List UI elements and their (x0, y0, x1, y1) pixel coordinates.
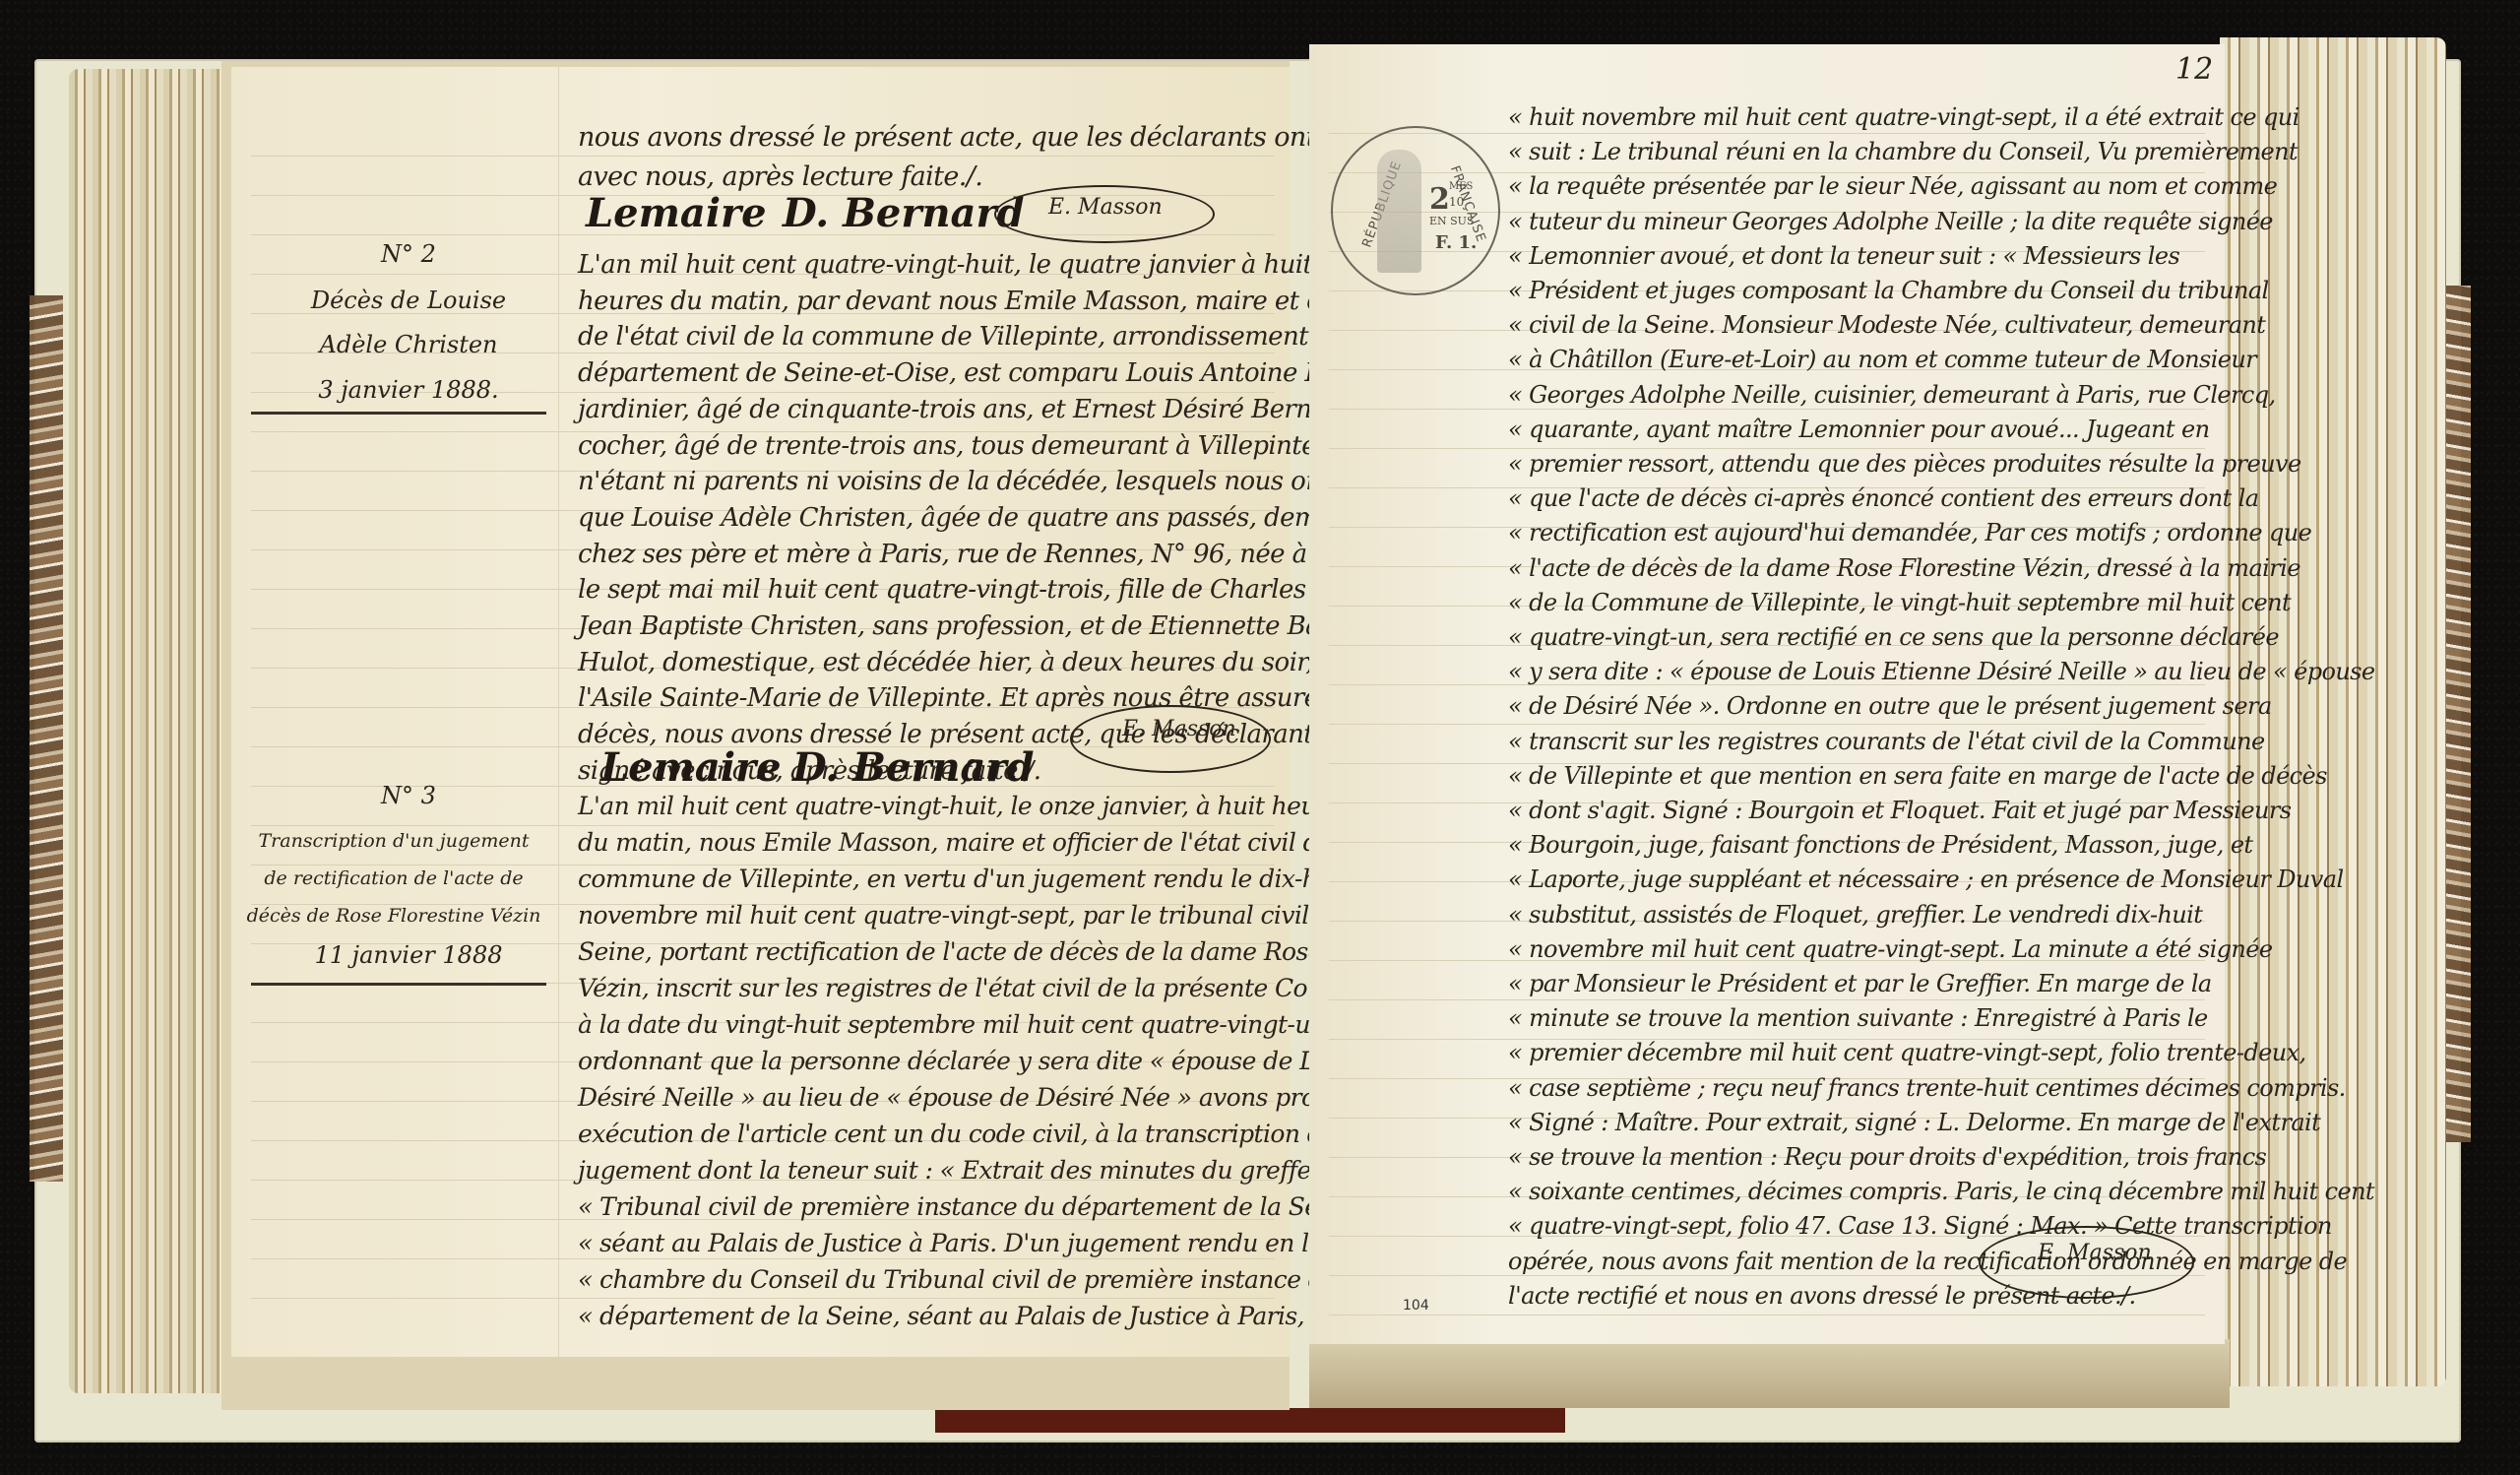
text-line: « Signé : Maître. Pour extrait, signé : … (1508, 1111, 2320, 1134)
text-line: commune de Villepinte, en vertu d'un jug… (578, 866, 1350, 891)
stamp-value-sub: EN SUS (1429, 215, 1475, 227)
folio-number: 12 (2175, 52, 2213, 87)
entry-separator (251, 983, 546, 986)
text-line: avec nous, après lecture faite./. (578, 163, 982, 190)
text-line: « civil de la Seine. Monsieur Modeste Né… (1508, 313, 2265, 337)
text-line: « premier décembre mil huit cent quatre-… (1508, 1041, 2306, 1064)
text-line: « à Châtillon (Eure-et-Loir) au nom et c… (1508, 348, 2256, 371)
page-edges-left (69, 69, 246, 1393)
text-line: opérée, nous avons fait mention de la re… (1508, 1250, 2347, 1273)
text-line: chez ses père et mère à Paris, rue de Re… (578, 542, 1433, 567)
signature-lemaire: Lemaire (586, 190, 767, 236)
text-line: « Georges Adolphe Neille, cuisinier, dem… (1508, 383, 2276, 407)
text-line: « chambre du Conseil du Tribunal civil d… (578, 1267, 1339, 1292)
spine-binding (935, 1408, 1565, 1433)
stamp-value: 2 (1429, 182, 1450, 217)
text-line: « suit : Le tribunal réuni en la chambre… (1508, 140, 2298, 163)
text-line: L'an mil huit cent quatre-vingt-huit, le… (578, 794, 1354, 818)
right-page-underlayer (1309, 1339, 2230, 1408)
text-line: à la date du vingt-huit septembre mil hu… (578, 1012, 1355, 1037)
text-line: « de la Commune de Villepinte, le vingt-… (1508, 591, 2291, 614)
text-line: « Laporte, juge suppléant et nécessaire … (1508, 867, 2344, 891)
stamp-figure-justice (1377, 150, 1421, 273)
ruled-line (1329, 724, 2205, 725)
text-line: n'étant ni parents ni voisins de la décé… (578, 469, 1431, 494)
text-line: « de Villepinte et que mention en sera f… (1508, 764, 2327, 788)
text-line: Vézin, inscrit sur les registres de l'ét… (578, 976, 1405, 1000)
text-line: « case septième ; reçu neuf francs trent… (1508, 1076, 2346, 1100)
text-line: Désiré Neille » au lieu de « épouse de D… (578, 1085, 1416, 1110)
text-line: « Bourgoin, juge, faisant fonctions de P… (1508, 833, 2252, 857)
entry-margin-note: de rectification de l'acte de (231, 869, 556, 888)
left-page: nous avons dressé le présent acte, que l… (231, 67, 1290, 1357)
text-line: « séant au Palais de Justice à Paris. D'… (578, 1231, 1323, 1255)
text-line: « se trouve la mention : Reçu pour droit… (1508, 1145, 2266, 1169)
signature-bernard: D. Bernard (783, 190, 1025, 236)
text-line: « huit novembre mil huit cent quatre-vin… (1508, 105, 2299, 129)
text-line: jardinier, âgé de cinquante-trois ans, e… (578, 397, 1361, 422)
text-line: « Lemonnier avoué, et dont la teneur sui… (1508, 244, 2179, 268)
stamp-value-sup: MES (1449, 181, 1473, 192)
text-line: novembre mil huit cent quatre-vingt-sept… (578, 903, 1374, 928)
entry-separator (251, 412, 546, 415)
ruled-line (1329, 133, 2205, 134)
signature-lemaire: Lemaire (600, 744, 782, 791)
entry-margin-note: Transcription d'un jugement (231, 832, 556, 851)
text-line: du matin, nous Emile Masson, maire et of… (578, 830, 1360, 855)
text-line: « soixante centimes, décimes compris. Pa… (1508, 1180, 2374, 1203)
text-line: « quatre-vingt-sept, folio 47. Case 13. … (1508, 1214, 2332, 1238)
text-line: « premier ressort, attendu que des pièce… (1508, 452, 2301, 476)
ruled-line (1329, 999, 2205, 1000)
marbled-endpaper-left (30, 295, 63, 1182)
text-line: « rectification est aujourd'hui demandée… (1508, 521, 2311, 545)
paraph-masson: E. Masson (2038, 1241, 2152, 1265)
text-line: exécution de l'article cent un du code c… (578, 1122, 1369, 1146)
ruled-line (1329, 1315, 2205, 1315)
entry-margin-note: Adèle Christen (271, 333, 546, 356)
text-line: l'Asile Sainte-Marie de Villepinte. Et a… (578, 685, 1357, 711)
text-line: département de Seine-et-Oise, est compar… (578, 360, 1416, 386)
text-line: Jean Baptiste Christen, sans profession,… (578, 613, 1362, 639)
ruled-line (1329, 448, 2205, 449)
text-line: « la requête présentée par le sieur Née,… (1508, 174, 2277, 198)
text-line: « quarante, ayant maître Lemonnier pour … (1508, 417, 2209, 441)
text-line: « novembre mil huit cent quatre-vingt-se… (1508, 937, 2272, 961)
text-line: le sept mai mil huit cent quatre-vingt-t… (578, 577, 1305, 603)
text-line: cocher, âgé de trente-trois ans, tous de… (578, 433, 1355, 459)
signature-bernard: D. Bernard (792, 744, 1035, 791)
paraph-masson: E. Masson (1048, 195, 1163, 220)
entry-number: N° 3 (271, 784, 546, 807)
text-line: « de Désiré Née ». Ordonne en outre que … (1508, 694, 2272, 718)
entry-margin-note: Décès de Louise (271, 289, 546, 312)
ruled-line (1329, 409, 2205, 410)
entry-margin-date: 11 janvier 1888 (271, 943, 546, 967)
entry-number: N° 2 (271, 242, 546, 266)
stamp-value-fraction: 10 (1449, 195, 1464, 209)
text-line: « département de la Seine, séant au Pala… (578, 1304, 1383, 1328)
text-line: « que l'acte de décès ci-après énoncé co… (1508, 486, 2258, 510)
text-line: « y sera dite : « épouse de Louis Etienn… (1508, 660, 2375, 683)
text-line: Hulot, domestique, est décédée hier, à d… (578, 650, 1336, 675)
ruled-line (251, 156, 1275, 157)
text-line: « transcrit sur les registres courants d… (1508, 730, 2265, 753)
pencil-folio: 104 (1403, 1298, 1429, 1314)
text-line: « dont s'agit. Signé : Bourgoin et Floqu… (1508, 799, 2291, 822)
text-line: jugement dont la teneur suit : « Extrait… (578, 1158, 1349, 1183)
tax-stamp: RÉPUBLIQUE FRANÇAISE 2 MES 10 EN SUS F. … (1331, 126, 1500, 295)
text-line: « Tribunal civil de première instance du… (578, 1194, 1362, 1219)
entry-margin-note: décès de Rose Florestine Vézin (231, 907, 556, 926)
text-line: « quatre-vingt-un, sera rectifié en ce s… (1508, 625, 2279, 649)
text-line: « tuteur du mineur Georges Adolphe Neill… (1508, 210, 2273, 233)
text-line: « substitut, assistés de Floquet, greffi… (1508, 903, 2202, 927)
entry-margin-date: 3 janvier 1888. (271, 378, 546, 402)
text-line: « minute se trouve la mention suivante :… (1508, 1006, 2208, 1030)
text-line: « Président et juges composant la Chambr… (1508, 279, 2269, 302)
stamp-value-bottom: F. 1. (1435, 232, 1477, 253)
text-line: nous avons dressé le présent acte, que l… (578, 124, 1393, 151)
paraph-masson: E. Masson (1122, 717, 1236, 741)
ruled-line (251, 1258, 1275, 1259)
ruled-line (251, 1298, 1275, 1299)
margin-rule (558, 67, 559, 1357)
text-line: « par Monsieur le Président et par le Gr… (1508, 972, 2212, 995)
right-page: 12 RÉPUBLIQUE FRANÇAISE 2 MES 10 EN SUS … (1309, 44, 2225, 1344)
text-line: « l'acte de décès de la dame Rose Flores… (1508, 556, 2300, 580)
ruled-line (251, 825, 1275, 826)
text-line: L'an mil huit cent quatre-vingt-huit, le… (578, 252, 1312, 278)
text-line: heures du matin, par devant nous Emile M… (578, 289, 1394, 314)
text-line: que Louise Adèle Christen, âgée de quatr… (578, 505, 1401, 531)
